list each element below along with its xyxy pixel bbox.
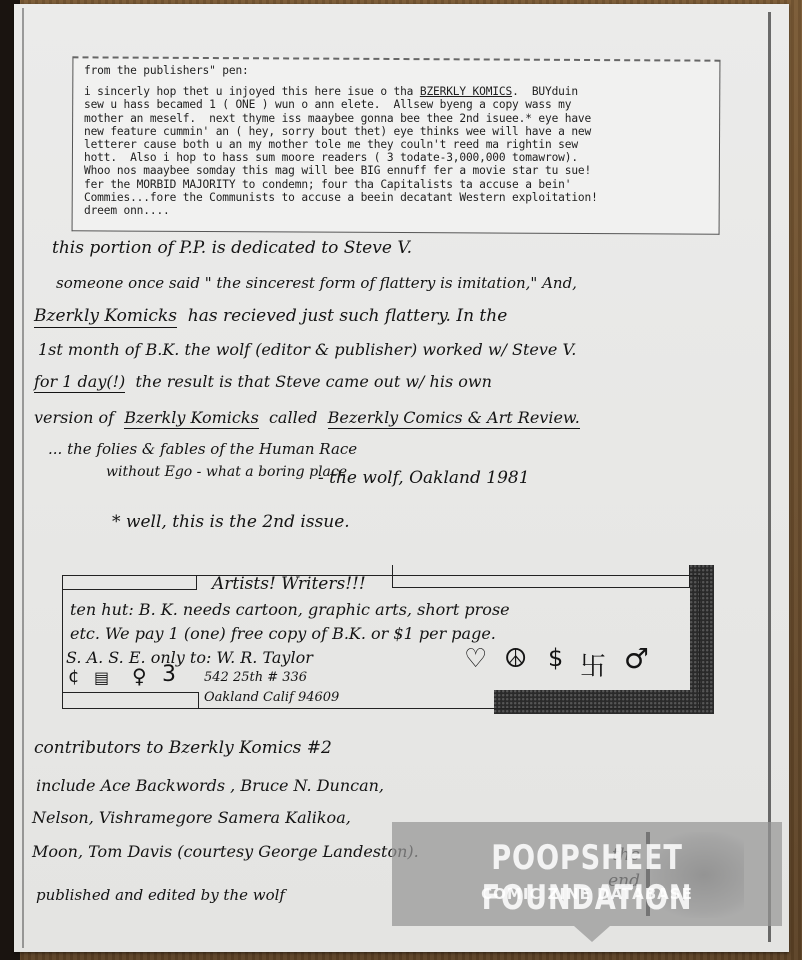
version-text: called: [269, 408, 317, 427]
flattery-text: has recieved just such flattery. In the: [188, 306, 507, 326]
male-symbol-icon: ♂: [624, 642, 649, 675]
page-edge-line: [768, 12, 771, 942]
artists-line: ten hut: B. K. needs cartoon, graphic ar…: [70, 600, 510, 619]
address-name: S. A. S. E. only to: W. R. Taylor: [66, 648, 313, 667]
watermark-notch: [574, 926, 610, 942]
three-icon: 3: [162, 662, 176, 687]
publisher-line: Commies...fore the Communists to accuse …: [84, 191, 598, 204]
artists-line: etc. We pay 1 (one) free copy of B.K. or…: [70, 624, 496, 643]
poem-line: ... the folies & fables of the Human Rac…: [48, 440, 357, 458]
result-text: the result is that Steve came out w/ his…: [135, 372, 491, 391]
contributors-line: include Ace Backwords , Bruce N. Duncan,: [36, 776, 384, 795]
contributors-heading: contributors to Bzerkly Komics #2: [34, 738, 332, 758]
heart-icon: ♡: [464, 644, 487, 674]
signature: - the wolf, Oakland 1981: [318, 468, 530, 488]
publisher-line: dreem onn....: [84, 204, 170, 217]
publisher-line: hott. Also i hop to hass sum moore reade…: [84, 151, 578, 164]
one-day-note: for 1 day(!): [34, 372, 125, 393]
publisher-line: new feature cummin' an ( hey, sorry bout…: [84, 125, 591, 138]
version-line: version of Bzerkly Komicks called Bezerk…: [34, 408, 580, 427]
watermark-subtitle: COMIC ZINE DATABASE: [392, 885, 782, 903]
page-edge-line: [22, 8, 24, 948]
zine-title: BZERKLY KOMICS: [420, 85, 512, 98]
credit-line: published and edited by the wolf: [36, 886, 285, 904]
result-line: for 1 day(!) the result is that Steve ca…: [34, 372, 492, 391]
rival-title: Bezerkly Comics & Art Review.: [328, 408, 580, 429]
publisher-line: fer the MORBID MAJORITY to condemn; four…: [84, 178, 571, 191]
contributors-line: Nelson, Vishramegore Samera Kalikoa,: [32, 808, 351, 827]
footnote: * well, this is the 2nd issue.: [112, 512, 350, 532]
dedication-line: this portion of P.P. is dedicated to Ste…: [52, 238, 412, 258]
female-symbol-icon: ♀: [132, 664, 147, 688]
swastika-cross-icon: 卐: [580, 646, 606, 683]
flattery-line: Bzerkly Komicks has recieved just such f…: [34, 306, 507, 326]
cent-icon: ¢: [68, 666, 79, 687]
version-text: version of: [34, 408, 114, 427]
publisher-line: sew u hass becamed 1 ( ONE ) wun o ann e…: [84, 98, 571, 111]
flag-icon: ▤: [94, 668, 109, 687]
publisher-line: i sincerly hop thet u injoyed this here …: [84, 85, 420, 98]
peace-icon: ☮: [504, 644, 527, 674]
publisher-line: Whoo nos maaybee somday this mag will be…: [84, 164, 591, 177]
month-line: 1st month of B.K. the wolf (editor & pub…: [38, 340, 576, 359]
box-tab: [392, 565, 690, 588]
quote-line: someone once said " the sincerest form o…: [56, 274, 577, 292]
publisher-line: mother an meself. next thyme iss maaybee…: [84, 112, 591, 125]
zine-title: Bzerkly Komicks: [34, 306, 177, 328]
address-city: Oakland Calif 94609: [204, 690, 339, 705]
box-tab: [62, 575, 197, 590]
dollar-icon: $: [548, 644, 563, 672]
box-tab: [62, 692, 199, 708]
publisher-heading: from the publishers" pen:: [84, 64, 724, 77]
publisher-note: from the publishers" pen:i sincerly hop …: [84, 64, 724, 217]
watermark-title: POOPSHEET FOUNDATION: [431, 838, 743, 918]
artists-heading: Artists! Writers!!!: [212, 574, 366, 594]
zine-title: Bzerkly Komicks: [124, 408, 259, 429]
contributors-line: Moon, Tom Davis (courtesy George Landest…: [32, 842, 419, 861]
publisher-line: letterer cause both u an my mother tole …: [84, 138, 578, 151]
address-street: 542 25th # 336: [204, 670, 307, 685]
poem-line: without Ego - what a boring place: [106, 464, 347, 480]
publisher-line: . BUYduin: [512, 85, 578, 98]
